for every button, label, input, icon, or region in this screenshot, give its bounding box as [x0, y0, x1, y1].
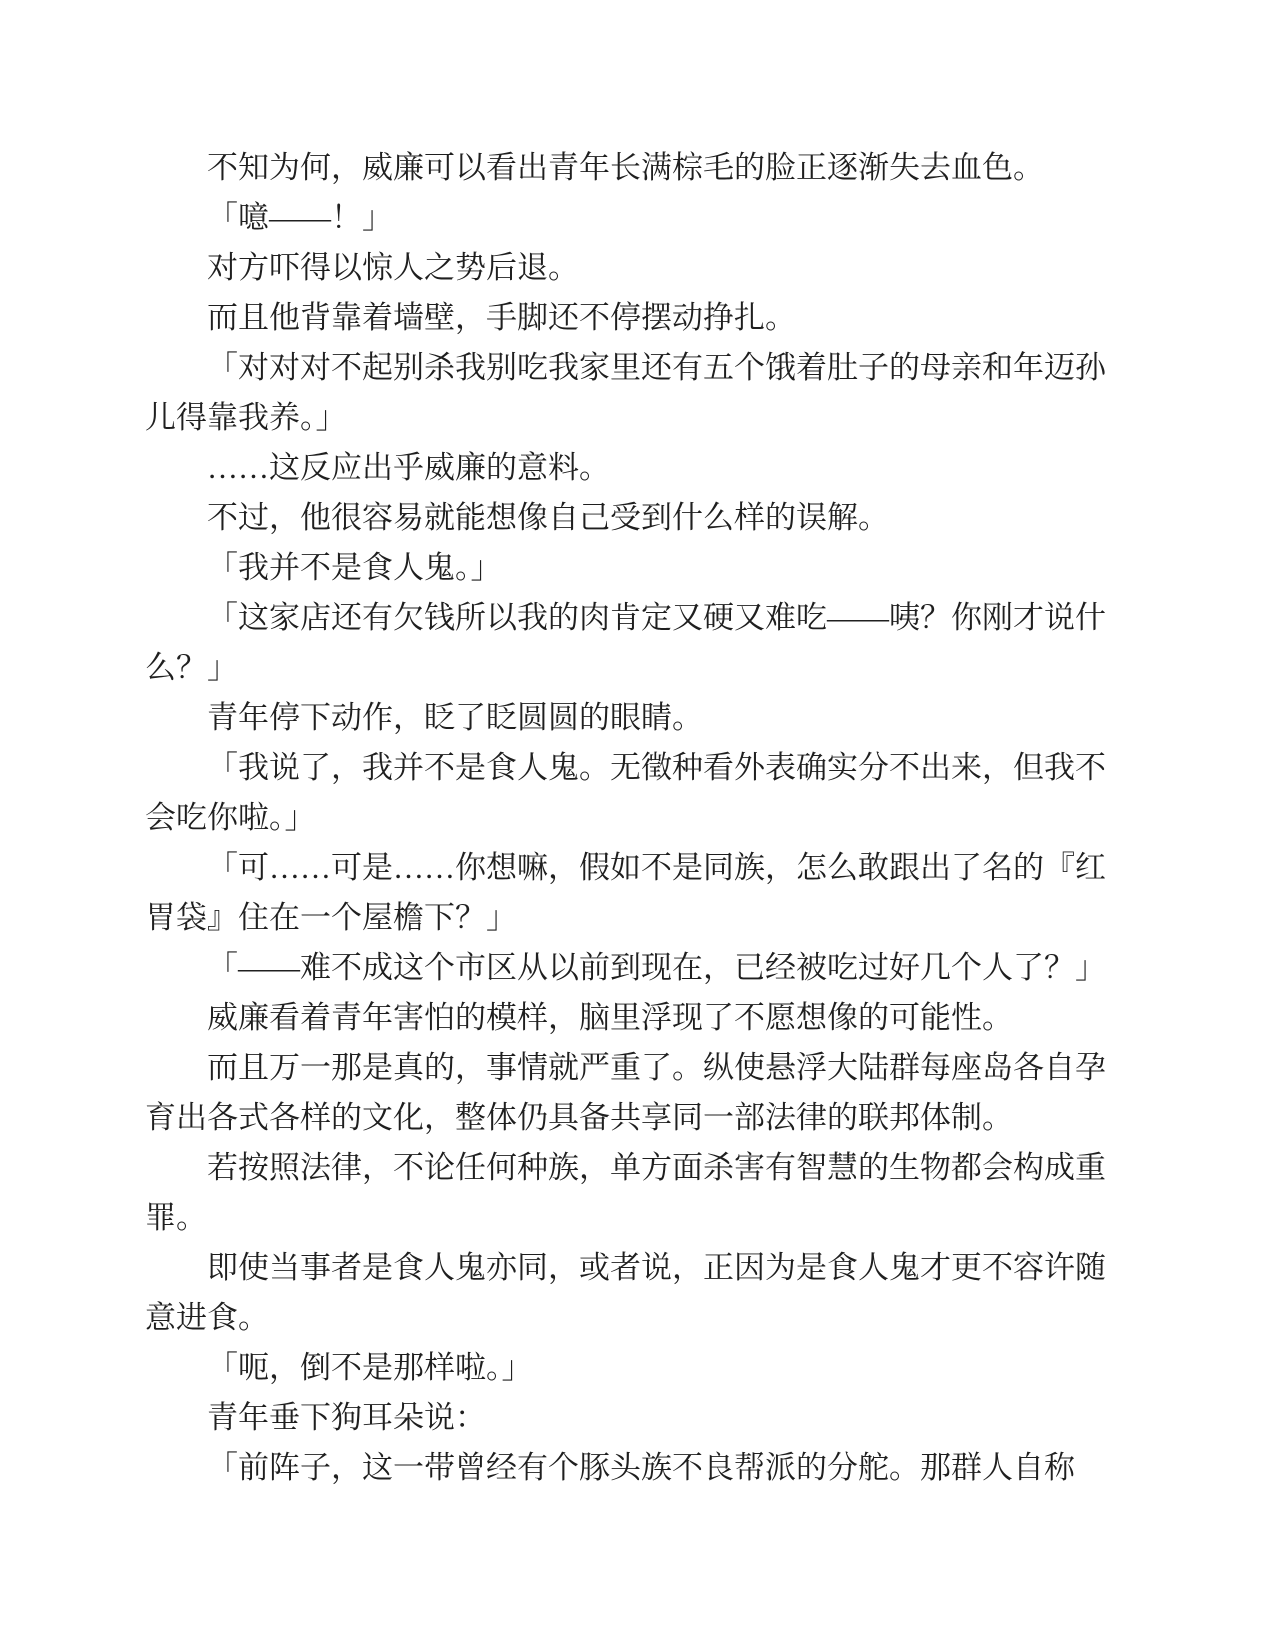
text-line: 青年垂下狗耳朵说：	[145, 1393, 1125, 1443]
text-line: 意进食。	[145, 1293, 1125, 1343]
novel-page: 不知为何，威廉可以看出青年长满棕毛的脸正逐渐失去血色。「噫——！」对方吓得以惊人…	[0, 0, 1275, 1650]
paragraph: 「呃，倒不是那样啦。」	[145, 1343, 1125, 1393]
text-line: 胃袋』住在一个屋檐下？」	[145, 893, 1125, 943]
text-line: 对方吓得以惊人之势后退。	[145, 243, 1125, 293]
text-line: 不知为何，威廉可以看出青年长满棕毛的脸正逐渐失去血色。	[145, 143, 1125, 193]
paragraph: 「可……可是……你想嘛，假如不是同族，怎么敢跟出了名的『红胃袋』住在一个屋檐下？…	[145, 843, 1125, 943]
paragraph: 「噫——！」	[145, 193, 1125, 243]
text-line: 「呃，倒不是那样啦。」	[145, 1343, 1125, 1393]
paragraph: 「我说了，我并不是食人鬼。无徵种看外表确实分不出来，但我不会吃你啦。」	[145, 743, 1125, 843]
text-line: 儿得靠我养。」	[145, 393, 1125, 443]
text-line: 罪。	[145, 1193, 1125, 1243]
text-line: 威廉看着青年害怕的模样，脑里浮现了不愿想像的可能性。	[145, 993, 1125, 1043]
paragraph: 「我并不是食人鬼。」	[145, 543, 1125, 593]
text-line: 么？」	[145, 643, 1125, 693]
paragraph: 若按照法律，不论任何种族，单方面杀害有智慧的生物都会构成重罪。	[145, 1143, 1125, 1243]
paragraph: 「——难不成这个市区从以前到现在，已经被吃过好几个人了？」	[145, 943, 1125, 993]
text-line: 「噫——！」	[145, 193, 1125, 243]
paragraph: 不知为何，威廉可以看出青年长满棕毛的脸正逐渐失去血色。	[145, 143, 1125, 193]
text-line: 不过，他很容易就能想像自己受到什么样的误解。	[145, 493, 1125, 543]
paragraph: 而且万一那是真的，事情就严重了。纵使悬浮大陆群每座岛各自孕育出各式各样的文化，整…	[145, 1043, 1125, 1143]
paragraph: 「这家店还有欠钱所以我的肉肯定又硬又难吃——咦？你刚才说什么？」	[145, 593, 1125, 693]
paragraph: 「前阵子，这一带曾经有个豚头族不良帮派的分舵。那群人自称	[145, 1443, 1125, 1493]
text-line: 即使当事者是食人鬼亦同，或者说，正因为是食人鬼才更不容许随	[145, 1243, 1125, 1293]
text-line: 而且万一那是真的，事情就严重了。纵使悬浮大陆群每座岛各自孕	[145, 1043, 1125, 1093]
text-line: 「前阵子，这一带曾经有个豚头族不良帮派的分舵。那群人自称	[145, 1443, 1125, 1493]
text-line: 青年停下动作，眨了眨圆圆的眼睛。	[145, 693, 1125, 743]
text-line: 「可……可是……你想嘛，假如不是同族，怎么敢跟出了名的『红	[145, 843, 1125, 893]
paragraph: 青年停下动作，眨了眨圆圆的眼睛。	[145, 693, 1125, 743]
text-line: 会吃你啦。」	[145, 793, 1125, 843]
paragraph: 而且他背靠着墙壁，手脚还不停摆动挣扎。	[145, 293, 1125, 343]
paragraph: 对方吓得以惊人之势后退。	[145, 243, 1125, 293]
text-line: 「这家店还有欠钱所以我的肉肯定又硬又难吃——咦？你刚才说什	[145, 593, 1125, 643]
paragraph: 即使当事者是食人鬼亦同，或者说，正因为是食人鬼才更不容许随意进食。	[145, 1243, 1125, 1343]
text-line: 「对对对不起别杀我别吃我家里还有五个饿着肚子的母亲和年迈孙	[145, 343, 1125, 393]
paragraph: 不过，他很容易就能想像自己受到什么样的误解。	[145, 493, 1125, 543]
text-line: 若按照法律，不论任何种族，单方面杀害有智慧的生物都会构成重	[145, 1143, 1125, 1193]
paragraph: ……这反应出乎威廉的意料。	[145, 443, 1125, 493]
paragraph: 「对对对不起别杀我别吃我家里还有五个饿着肚子的母亲和年迈孙儿得靠我养。」	[145, 343, 1125, 443]
paragraph: 青年垂下狗耳朵说：	[145, 1393, 1125, 1443]
text-line: ……这反应出乎威廉的意料。	[145, 443, 1125, 493]
text-line: 「——难不成这个市区从以前到现在，已经被吃过好几个人了？」	[145, 943, 1125, 993]
text-line: 育出各式各样的文化，整体仍具备共享同一部法律的联邦体制。	[145, 1093, 1125, 1143]
text-line: 「我说了，我并不是食人鬼。无徵种看外表确实分不出来，但我不	[145, 743, 1125, 793]
paragraph: 威廉看着青年害怕的模样，脑里浮现了不愿想像的可能性。	[145, 993, 1125, 1043]
text-line: 而且他背靠着墙壁，手脚还不停摆动挣扎。	[145, 293, 1125, 343]
text-block: 不知为何，威廉可以看出青年长满棕毛的脸正逐渐失去血色。「噫——！」对方吓得以惊人…	[145, 143, 1125, 1493]
text-line: 「我并不是食人鬼。」	[145, 543, 1125, 593]
